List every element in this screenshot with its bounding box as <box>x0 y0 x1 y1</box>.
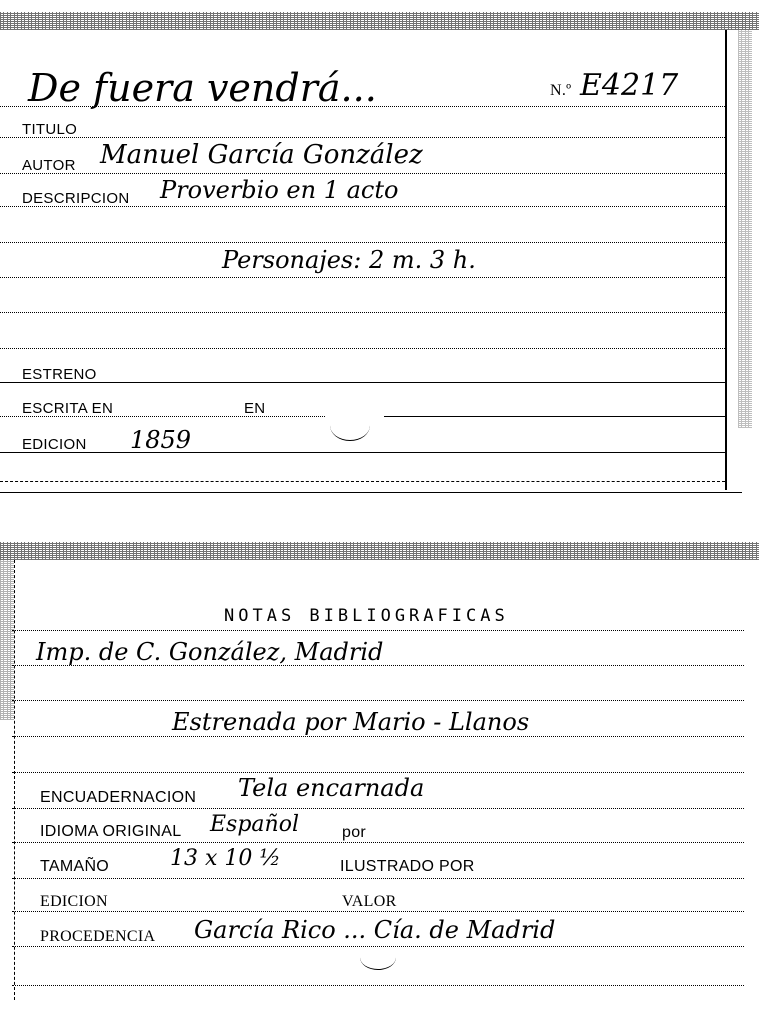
titulo-label: TITULO <box>22 121 77 138</box>
notas-heading: NOTAS BIBLIOGRAFICAS <box>224 606 509 626</box>
estreno-label: ESTRENO <box>22 366 97 383</box>
note-1: Imp. de C. González, Madrid <box>36 638 383 666</box>
edicion-line-bottom <box>12 911 744 912</box>
title-line <box>0 106 725 107</box>
top-card-edge-noise <box>0 12 759 30</box>
card-left-border <box>14 560 15 1000</box>
note-line-2 <box>12 700 744 701</box>
blank-line-bottom <box>12 985 744 986</box>
tamano-line <box>12 878 744 879</box>
descripcion-value: Proverbio en 1 acto <box>160 176 398 204</box>
encuadernacion-label: ENCUADERNACION <box>40 789 196 807</box>
estreno-line <box>0 382 725 383</box>
note-line-3 <box>12 736 744 737</box>
catalog-card-top: De fuera vendrá... N.º E4217 TITULO AUTO… <box>0 30 730 490</box>
hole-punch-mark <box>330 410 370 441</box>
note-line-1 <box>12 665 744 666</box>
note-line-4 <box>12 772 744 773</box>
escrita-en-line-right <box>384 416 725 417</box>
tamano-label: TAMAÑO <box>40 858 109 876</box>
autor-line <box>0 173 725 174</box>
personajes-value: Personajes: 2 m. 3 h. <box>222 246 476 274</box>
por-label: por <box>342 824 366 842</box>
number-label: N.º <box>550 82 571 100</box>
title-value: De fuera vendrá... <box>28 66 377 110</box>
procedencia-label: PROCEDENCIA <box>40 928 155 946</box>
note-2: Estrenada por Mario - Llanos <box>172 708 529 736</box>
heading-line <box>12 630 744 631</box>
edicion-label: EDICION <box>22 436 87 453</box>
blank-line-3 <box>0 348 725 349</box>
descripcion-line <box>0 206 725 207</box>
personajes-line <box>0 277 725 278</box>
autor-value: Manuel García González <box>100 140 423 170</box>
top-card-right-noise <box>738 30 752 428</box>
en-label: EN <box>244 400 265 417</box>
idioma-original-label: IDIOMA ORIGINAL <box>40 823 181 841</box>
edicion-label-bottom: EDICION <box>40 893 108 911</box>
valor-label: VALOR <box>342 893 397 911</box>
blank-line-2 <box>0 312 725 313</box>
hole-punch-mark-bottom <box>360 945 396 970</box>
card-right-border <box>725 30 727 490</box>
titulo-line <box>0 137 725 138</box>
escrita-en-label: ESCRITA EN <box>22 400 113 417</box>
card-bottom-edge <box>0 481 725 482</box>
idioma-original-value: Español <box>210 812 299 837</box>
blank-line-1 <box>0 242 725 243</box>
descripcion-label: DESCRIPCION <box>22 190 129 207</box>
encuadernacion-value: Tela encarnada <box>238 774 424 802</box>
separator-line <box>0 492 742 493</box>
catalog-card-bottom: NOTAS BIBLIOGRAFICAS Imp. de C. González… <box>12 560 744 1020</box>
number-value: E4217 <box>580 68 678 103</box>
tamano-value: 13 x 10 ½ <box>170 846 281 871</box>
escrita-en-line <box>0 416 325 417</box>
idioma-line <box>12 842 744 843</box>
edicion-value: 1859 <box>130 426 191 454</box>
ilustrado-por-label: ILUSTRADO POR <box>340 858 475 876</box>
bottom-card-edge-noise <box>0 542 759 560</box>
autor-label: AUTOR <box>22 157 76 174</box>
encuadernacion-line <box>12 808 744 809</box>
edicion-line <box>0 452 725 453</box>
procedencia-value: García Rico ... Cía. de Madrid <box>194 916 555 944</box>
